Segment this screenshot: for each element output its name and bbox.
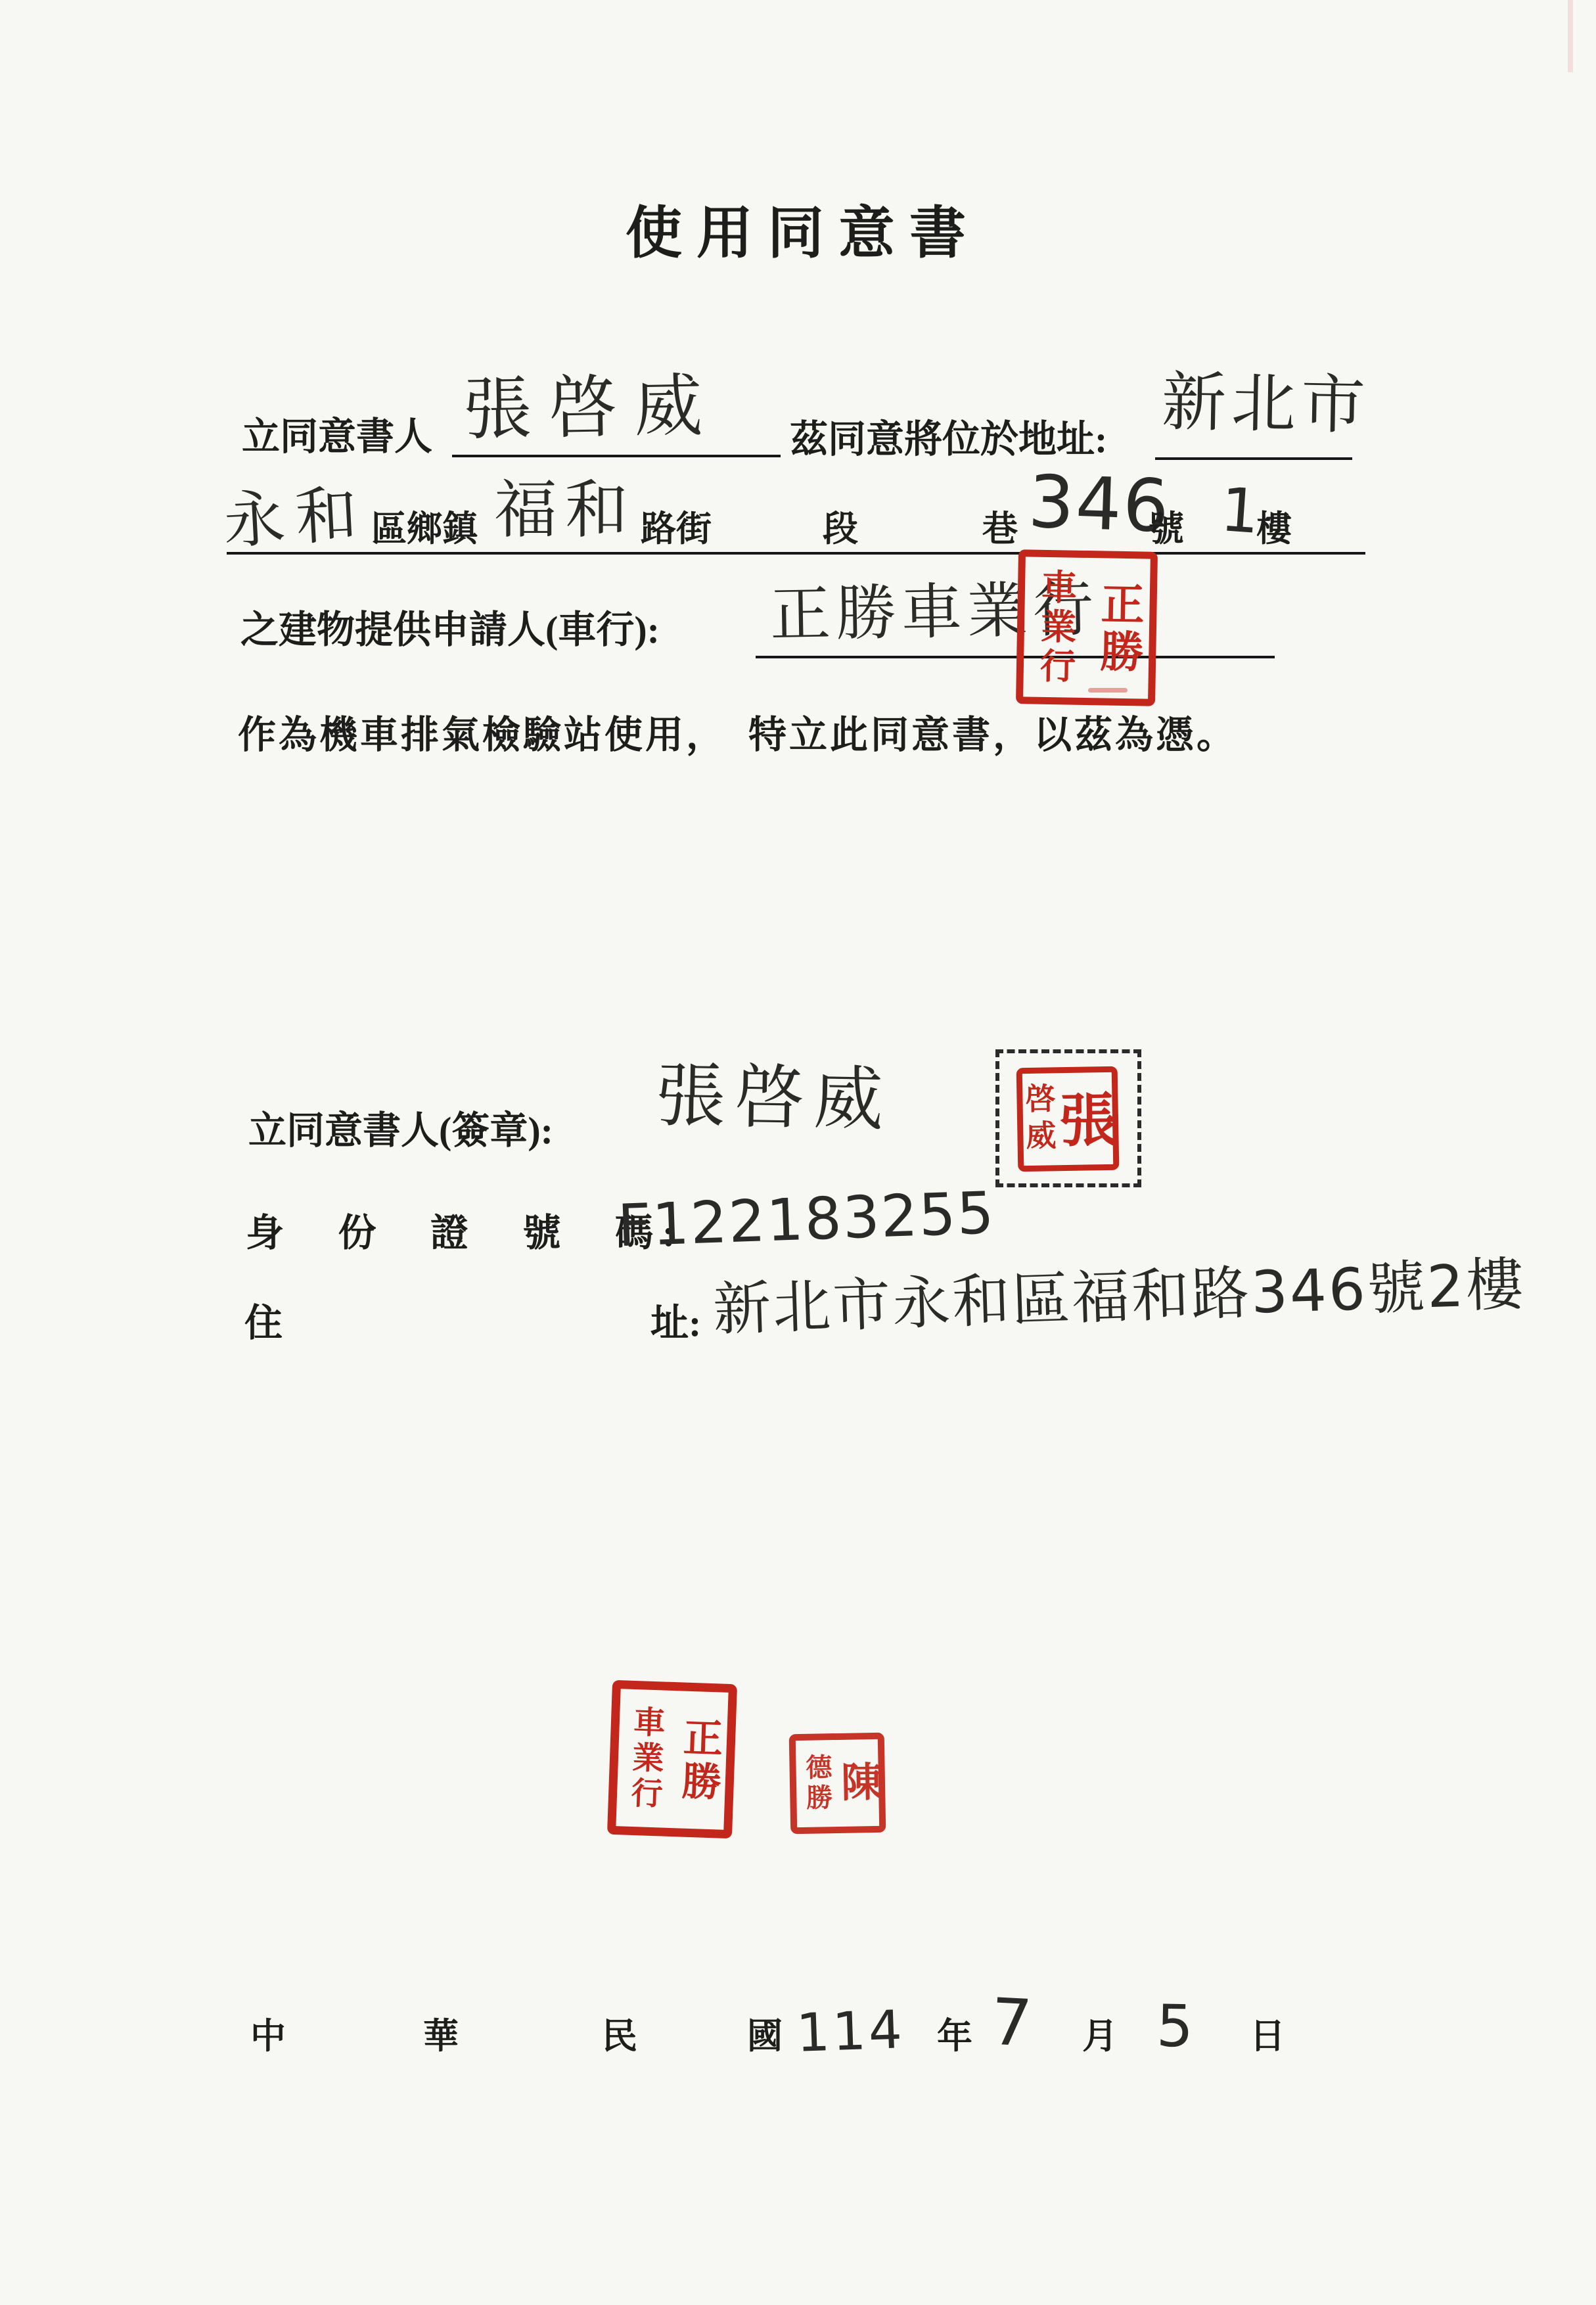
floor-label: 樓 (1256, 511, 1292, 547)
district-handwritten: 永和 (222, 484, 370, 553)
scanned-document-page: 使用同意書 立同意書人 張啓威 茲同意將位於地址: 新北市 永和 區鄉鎮 福和 … (0, 0, 1596, 2305)
date-year-handwritten: 114 (796, 2003, 905, 2060)
date-char-hua: 華 (423, 2019, 459, 2054)
date-char-min: 民 (602, 2019, 637, 2054)
id-number-handwritten: F122183255 (617, 1184, 996, 1255)
date-char-guo: 國 (747, 2019, 783, 2054)
company-seal-bottom-right-column: 正勝 (670, 1691, 728, 1830)
floor-handwritten: 1 (1219, 480, 1262, 543)
signer-seal-right-column: 張 (1054, 1072, 1113, 1166)
address-handwritten: 新北市永和區福和路346號2樓 (712, 1256, 1526, 1339)
owner-seal-right-column: 陳 (836, 1739, 879, 1827)
address-label: 址: (650, 1304, 701, 1342)
page-title: 使用同意書 (626, 205, 980, 262)
date-char-zhong: 中 (250, 2019, 286, 2054)
date-year-label: 年 (937, 2019, 972, 2054)
party-label: 立同意書人 (242, 418, 432, 456)
date-month-handwritten: 7 (989, 1990, 1033, 2056)
road-label: 路街 (641, 511, 712, 547)
city-handwritten: 新北市 (1161, 370, 1371, 438)
party-name-handwritten: 張啓威 (463, 371, 720, 444)
address-underline (227, 552, 1365, 555)
applicant-underline (756, 656, 1275, 658)
owner-seal-left-column: 德勝 (796, 1740, 838, 1827)
purpose-statement: 作為機車排氣檢驗站使用， 特立此同意書，以茲為憑。 (238, 716, 1237, 754)
party-name-underline (452, 455, 781, 457)
company-seal-stamp-bottom: 車業行 正勝 (607, 1680, 737, 1838)
signer-seal-stamp: 啓威 張 (1016, 1066, 1120, 1172)
signature-handwritten: 張啓威 (655, 1061, 893, 1135)
district-label: 區鄉鎮 (371, 511, 478, 547)
company-seal-bottom-left-column: 車業行 (616, 1689, 674, 1828)
scan-artifact (1568, 0, 1573, 72)
company-seal-right-column: 正勝 (1085, 558, 1151, 699)
owner-seal-stamp: 德勝 陳 (789, 1733, 886, 1835)
company-seal-left-column: 車業行 (1023, 557, 1088, 698)
applicant-label: 之建物提供申請人(車行): (240, 611, 660, 649)
lane-label: 巷 (982, 511, 1018, 547)
city-underline (1155, 457, 1352, 460)
number-label: 號 (1149, 511, 1184, 547)
date-day-handwritten: 5 (1156, 1997, 1194, 2056)
company-seal-stamp: 車業行 正勝 (1016, 549, 1158, 706)
agree-label: 茲同意將位於地址: (790, 421, 1107, 459)
signature-label: 立同意書人(簽章): (248, 1112, 553, 1150)
section-label: 段 (823, 511, 858, 547)
residence-label: 住 (244, 1304, 283, 1342)
date-day-label: 日 (1250, 2019, 1285, 2054)
road-handwritten: 福和 (494, 478, 636, 541)
date-month-label: 月 (1082, 2019, 1118, 2054)
